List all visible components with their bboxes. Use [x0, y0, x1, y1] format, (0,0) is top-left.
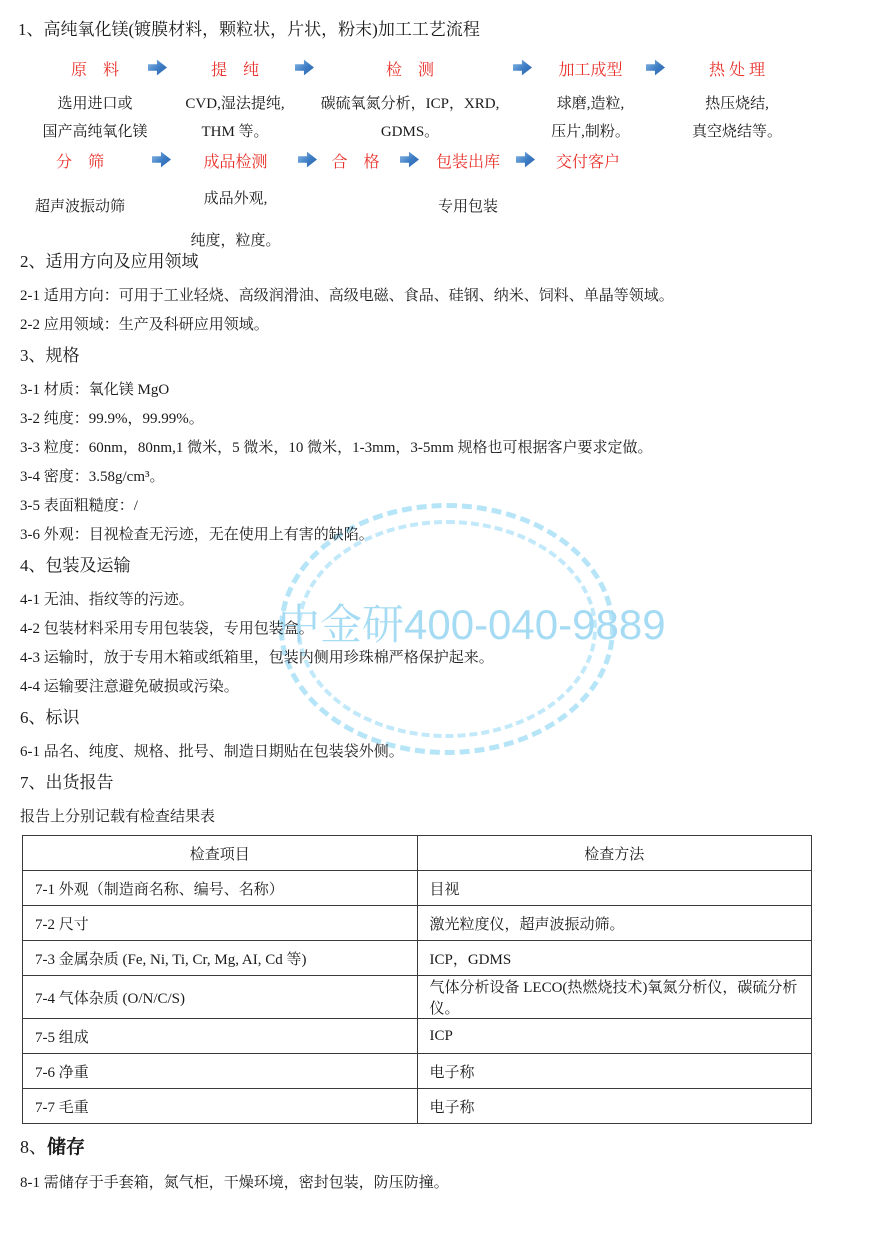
section-8-heading: 8、储存 — [20, 1134, 870, 1161]
table-cell-method: 气体分析设备 LECO(热燃烧技术)氧氮分析仪，碳硫分析仪。 — [417, 976, 812, 1019]
flow-stage-qualified: 合 格 — [318, 152, 393, 174]
flow-stage-note: 真空烧结等。 — [672, 118, 802, 146]
flow-stage-raw-material: 原 料 选用进口或 国产高纯氧化镁 — [20, 60, 170, 146]
table-cell-item: 7-3 金属杂质 (Fe, Ni, Ti, Cr, Mg, AI, Cd 等) — [23, 941, 418, 976]
flow-stage-label: 加工成型 — [533, 60, 648, 82]
section-2-heading: 2、适用方向及应用领域 — [20, 250, 870, 274]
section-4-item: 4-3 运输时，放于专用木箱或纸箱里，包装内侧用珍珠棉严格保护起来。 — [20, 648, 870, 668]
flow-stage-forming: 加工成型 球磨,造粒, 压片,制粉。 — [533, 60, 648, 146]
flow-stage-testing: 检 测 碳硫氧氮分析，ICP，XRD, GDMS。 — [310, 60, 510, 146]
section-3-item: 3-2 纯度：99.9%，99.99%。 — [20, 409, 870, 429]
table-header-item: 检查项目 — [23, 836, 418, 871]
flow-stage-label: 合 格 — [318, 152, 393, 174]
section-4-item: 4-1 无油、指纹等的污迹。 — [20, 590, 870, 610]
flow-stage-label: 成品检测 — [178, 152, 293, 174]
section-7-heading: 7、出货报告 — [20, 771, 870, 795]
flow-stage-heat-treatment: 热 处 理 热压烧结, 真空烧结等。 — [672, 60, 802, 146]
table-header-row: 检查项目 检查方法 — [23, 836, 812, 871]
flow-stage-note: THM 等。 — [175, 118, 295, 146]
flow-stage-packing-outbound: 包装出库 专用包装 — [428, 152, 508, 218]
document-content: 1、高纯氧化镁(镀膜材料，颗粒状，片状，粉末)加工工艺流程 原 料 选用进口或 … — [0, 0, 890, 1258]
section-2-item: 2-2 应用领域：生产及科研应用领域。 — [20, 315, 870, 335]
flow-stage-label: 包装出库 — [428, 152, 508, 174]
section-4-item: 4-2 包装材料采用专用包装袋，专用包装盒。 — [20, 619, 870, 639]
flow-stage-note: 超声波振动筛 — [20, 196, 140, 218]
table-cell-method: ICP，GDMS — [417, 941, 812, 976]
flow-stage-note: 选用进口或 — [20, 90, 170, 118]
inspection-table: 检查项目 检查方法 7-1 外观（制造商名称、编号、名称） 目视 7-2 尺寸 … — [22, 835, 812, 1124]
section-8-item: 8-1 需储存于手套箱，氮气柜，干燥环境，密封包装，防压防撞。 — [20, 1173, 870, 1193]
flow-stage-note: 成品外观, — [178, 178, 293, 220]
table-row: 7-3 金属杂质 (Fe, Ni, Ti, Cr, Mg, AI, Cd 等) … — [23, 941, 812, 976]
section-3-item: 3-1 材质：氧化镁 MgO — [20, 380, 870, 400]
flow-stage-note: GDMS。 — [310, 118, 510, 146]
table-row: 7-7 毛重 电子称 — [23, 1089, 812, 1124]
section-3-item: 3-5 表面粗糙度：/ — [20, 496, 870, 516]
section-6-heading: 6、标识 — [20, 706, 870, 730]
flow-stage-label: 热 处 理 — [672, 60, 802, 82]
flow-arrow-icon — [646, 59, 665, 76]
table-cell-item: 7-2 尺寸 — [23, 906, 418, 941]
section-6-item: 6-1 品名、纯度、规格、批号、制造日期贴在包装袋外侧。 — [20, 742, 870, 762]
table-cell-method: 电子称 — [417, 1054, 812, 1089]
flow-stage-label: 分 筛 — [20, 152, 140, 174]
section-7-intro: 报告上分别记载有检查结果表 — [20, 807, 870, 827]
flow-arrow-icon — [298, 151, 317, 168]
document-page: 中金研400-040-9889 1、高纯氧化镁(镀膜材料，颗粒状，片状，粉末)加… — [0, 0, 890, 1258]
table-cell-method: 电子称 — [417, 1089, 812, 1124]
flow-stage-delivery: 交付客户 — [548, 152, 628, 174]
doc-title: 1、高纯氧化镁(镀膜材料，颗粒状，片状，粉末)加工工艺流程 — [18, 18, 480, 42]
flow-arrow-icon — [516, 151, 535, 168]
table-row: 7-6 净重 电子称 — [23, 1054, 812, 1089]
flow-stage-label: 检 测 — [310, 60, 510, 82]
flow-stage-sieving: 分 筛 超声波振动筛 — [20, 152, 140, 218]
flow-stage-purification: 提 纯 CVD,湿法提纯, THM 等。 — [175, 60, 295, 146]
table-cell-item: 7-7 毛重 — [23, 1089, 418, 1124]
flow-stage-label: 交付客户 — [548, 152, 628, 174]
table-cell-item: 7-5 组成 — [23, 1019, 418, 1054]
table-cell-method: ICP — [417, 1019, 812, 1054]
flow-stage-note: 热压烧结, — [672, 90, 802, 118]
table-header-method: 检查方法 — [417, 836, 812, 871]
flow-stage-label: 提 纯 — [175, 60, 295, 82]
flow-stage-note: CVD,湿法提纯, — [175, 90, 295, 118]
section-8-heading-prefix: 8、 — [20, 1137, 47, 1157]
table-row: 7-5 组成 ICP — [23, 1019, 812, 1054]
section-8-heading-label: 储存 — [47, 1137, 85, 1158]
flow-stage-final-inspection: 成品检测 成品外观, 纯度，粒度。 — [178, 152, 293, 262]
table-cell-item: 7-6 净重 — [23, 1054, 418, 1089]
section-3-heading: 3、规格 — [20, 344, 870, 368]
section-4-heading: 4、包装及运输 — [20, 554, 870, 578]
flow-stage-note: 压片,制粉。 — [533, 118, 648, 146]
flow-arrow-icon — [400, 151, 419, 168]
flow-stage-label: 原 料 — [20, 60, 170, 82]
table-cell-item: 7-4 气体杂质 (O/N/C/S) — [23, 976, 418, 1019]
table-row: 7-1 外观（制造商名称、编号、名称） 目视 — [23, 871, 812, 906]
table-cell-item: 7-1 外观（制造商名称、编号、名称） — [23, 871, 418, 906]
flow-stage-note: 碳硫氧氮分析，ICP，XRD, — [310, 90, 510, 118]
flow-stage-note: 球磨,造粒, — [533, 90, 648, 118]
section-3-item: 3-3 粒度：60nm，80nm,1 微米，5 微米，10 微米，1-3mm，3… — [20, 438, 870, 458]
section-2-item: 2-1 适用方向：可用于工业轻烧、高级润滑油、高级电磁、食品、硅钢、纳米、饲料、… — [20, 286, 870, 306]
flow-stage-note: 国产高纯氧化镁 — [20, 118, 170, 146]
section-4-item: 4-4 运输要注意避免破损或污染。 — [20, 677, 870, 697]
section-3-item: 3-4 密度：3.58g/cm³。 — [20, 467, 870, 487]
table-cell-method: 目视 — [417, 871, 812, 906]
table-row: 7-4 气体杂质 (O/N/C/S) 气体分析设备 LECO(热燃烧技术)氧氮分… — [23, 976, 812, 1019]
flow-stage-note: 专用包装 — [428, 196, 508, 218]
flow-arrow-icon — [513, 59, 532, 76]
flow-arrow-icon — [152, 151, 171, 168]
section-3-item: 3-6 外观：目视检查无污迹，无在使用上有害的缺陷。 — [20, 525, 870, 545]
table-row: 7-2 尺寸 激光粒度仪，超声波振动筛。 — [23, 906, 812, 941]
table-cell-method: 激光粒度仪，超声波振动筛。 — [417, 906, 812, 941]
body-sections: 2、适用方向及应用领域 2-1 适用方向：可用于工业轻烧、高级润滑油、高级电磁、… — [20, 250, 870, 1202]
